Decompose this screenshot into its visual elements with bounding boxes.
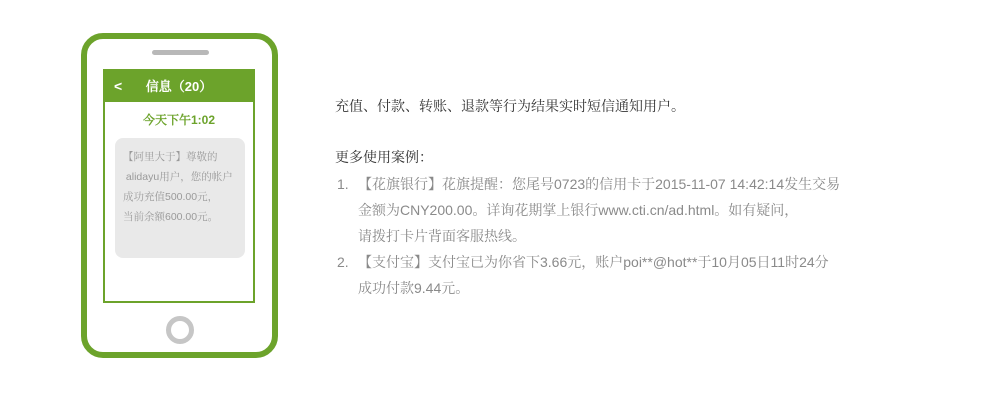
- phone-mockup: < 信息（20） 今天下午1:02 【阿里大于】尊敬的 alidayu用户，您的…: [81, 33, 278, 358]
- case-item-1: 1. 【花旗银行】花旗提醒：您尾号0723的信用卡于2015-11-07 14:…: [335, 171, 985, 249]
- case-text: 【花旗银行】花旗提醒：您尾号0723的信用卡于2015-11-07 14:42:…: [358, 171, 985, 249]
- page: < 信息（20） 今天下午1:02 【阿里大于】尊敬的 alidayu用户，您的…: [0, 0, 1000, 400]
- case-item-2: 2. 【支付宝】支付宝已为你省下3.66元，账户poi**@hot**于10月0…: [335, 249, 985, 301]
- sms-message-bubble: 【阿里大于】尊敬的 alidayu用户，您的帐户 成功充值500.00元， 当前…: [115, 138, 245, 258]
- case-number: 2.: [337, 249, 349, 275]
- more-cases-label: 更多使用案例：: [335, 147, 433, 167]
- phone-speaker: [152, 50, 209, 55]
- case-list: 1. 【花旗银行】花旗提醒：您尾号0723的信用卡于2015-11-07 14:…: [335, 171, 985, 301]
- back-chevron-icon: <: [114, 71, 122, 102]
- home-button: [166, 316, 194, 344]
- intro-text: 充值、付款、转账、退款等行为结果实时短信通知用户。: [335, 96, 685, 116]
- sms-header: < 信息（20）: [105, 71, 253, 102]
- sms-screen: < 信息（20） 今天下午1:02 【阿里大于】尊敬的 alidayu用户，您的…: [103, 69, 255, 303]
- case-text: 【支付宝】支付宝已为你省下3.66元，账户poi**@hot**于10月05日1…: [358, 249, 985, 301]
- sms-timestamp: 今天下午1:02: [105, 111, 253, 128]
- case-number: 1.: [337, 171, 349, 197]
- sms-header-title: 信息（20）: [105, 71, 253, 102]
- sms-message-text: 【阿里大于】尊敬的 alidayu用户，您的帐户 成功充值500.00元， 当前…: [123, 147, 237, 227]
